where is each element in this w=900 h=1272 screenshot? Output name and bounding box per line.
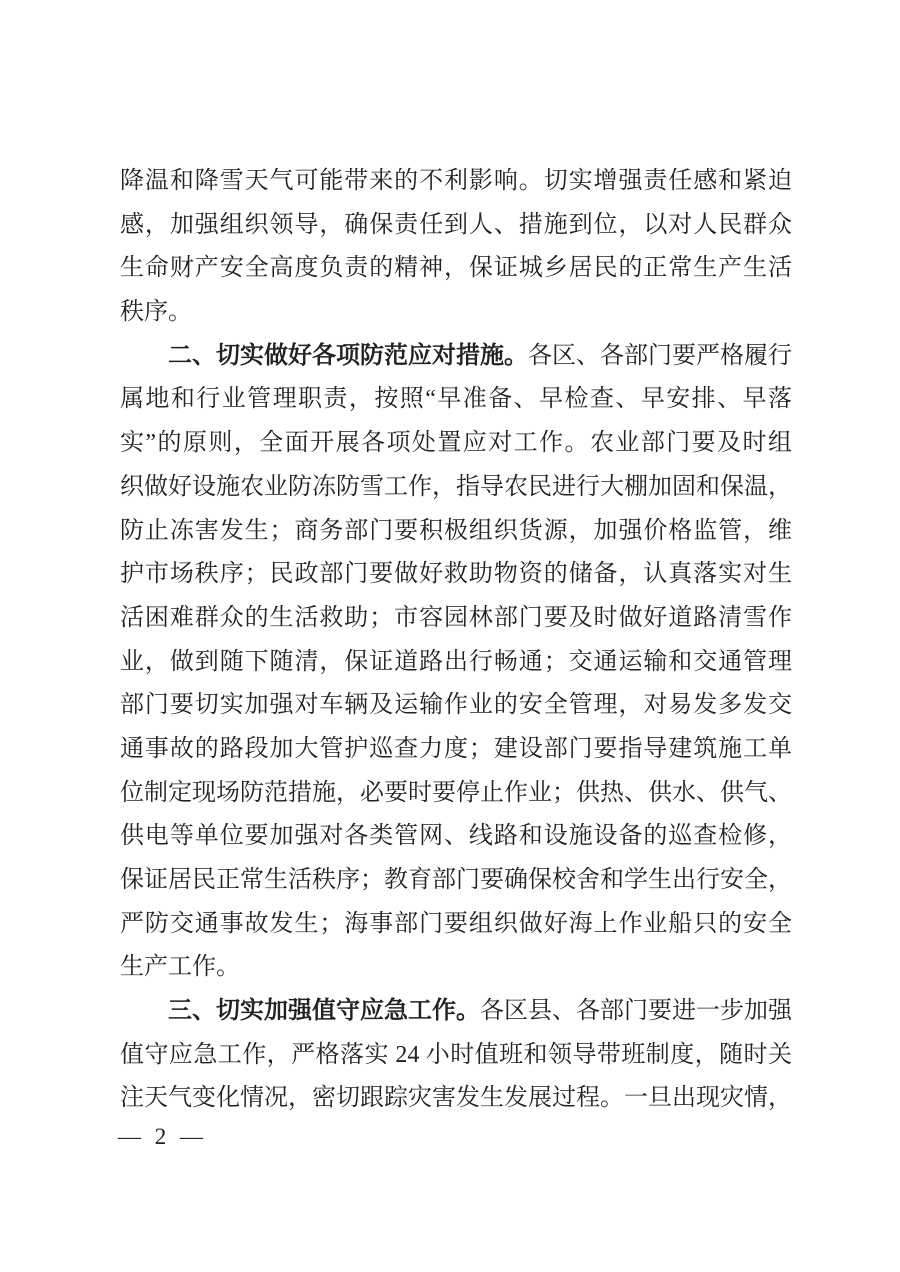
body-text: 实”的原则，全面开展各项处置应对工作。农业部门要及时组 — [120, 430, 792, 456]
body-text: 生产工作。 — [120, 954, 240, 980]
text-line: 二、切实做好各项防范应对措施。各区、各部门要严格履行 — [120, 335, 792, 379]
body-text: 感，加强组织领导，确保责任到人、措施到位，以对人民群众 — [120, 212, 792, 238]
text-line: 保证居民正常生活秩序；教育部门要确保校舍和学生出行安全， — [120, 859, 792, 903]
text-line: 三、切实加强值守应急工作。各区县、各部门要进一步加强 — [120, 990, 792, 1034]
body-text: 位制定现场防范措施，必要时要停止作业；供热、供水、供气、 — [120, 780, 792, 806]
body-text: 各区、各部门要严格履行 — [528, 343, 792, 369]
text-line: 部门要切实加强对车辆及运输作业的安全管理，对易发多发交 — [120, 684, 792, 728]
body-text: 通事故的路段加大管护巡查力度；建设部门要指导建筑施工单 — [120, 736, 792, 762]
text-line: 通事故的路段加大管护巡查力度；建设部门要指导建筑施工单 — [120, 728, 792, 772]
text-line: 秩序。 — [120, 291, 792, 335]
text-line: 活困难群众的生活救助；市容园林部门要及时做好道路清雪作 — [120, 597, 792, 641]
body-text: 各区县、各部门要进一步加强 — [480, 998, 792, 1024]
body-text: 护市场秩序；民政部门要做好救助物资的储备，认真落实对生 — [120, 561, 792, 587]
body-text: 注天气变化情况，密切跟踪灾害发生发展过程。一旦出现灾情， — [120, 1085, 792, 1111]
text-line: 防止冻害发生；商务部门要积极组织货源，加强价格监管，维 — [120, 510, 792, 554]
text-line: 供电等单位要加强对各类管网、线路和设施设备的巡查检修， — [120, 815, 792, 859]
body-text: 保证居民正常生活秩序；教育部门要确保校舍和学生出行安全， — [120, 867, 792, 893]
section-heading: 二、切实做好各项防范应对措施。 — [168, 343, 528, 369]
body-text: 降温和降雪天气可能带来的不利影响。切实增强责任感和紧迫 — [120, 168, 792, 194]
body-text: 活困难群众的生活救助；市容园林部门要及时做好道路清雪作 — [120, 605, 792, 631]
section-heading: 三、切实加强值守应急工作。 — [168, 998, 480, 1024]
text-line: 注天气变化情况，密切跟踪灾害发生发展过程。一旦出现灾情， — [120, 1077, 792, 1121]
text-line: 感，加强组织领导，确保责任到人、措施到位，以对人民群众 — [120, 204, 792, 248]
text-line: 位制定现场防范措施，必要时要停止作业；供热、供水、供气、 — [120, 772, 792, 816]
text-line: 严防交通事故发生；海事部门要组织做好海上作业船只的安全 — [120, 903, 792, 947]
text-line: 生产工作。 — [120, 946, 792, 990]
page-number: — 2 — — [118, 1124, 207, 1150]
body-text: 防止冻害发生；商务部门要积极组织货源，加强价格监管，维 — [120, 518, 792, 544]
text-line: 实”的原则，全面开展各项处置应对工作。农业部门要及时组 — [120, 422, 792, 466]
text-line: 业，做到随下随清，保证道路出行畅通；交通运输和交通管理 — [120, 641, 792, 685]
text-line: 护市场秩序；民政部门要做好救助物资的储备，认真落实对生 — [120, 553, 792, 597]
body-text: 织做好设施农业防冻防雪工作，指导农民进行大棚加固和保温， — [120, 474, 792, 500]
body-text: 业，做到随下随清，保证道路出行畅通；交通运输和交通管理 — [120, 649, 792, 675]
text-line: 降温和降雪天气可能带来的不利影响。切实增强责任感和紧迫 — [120, 160, 792, 204]
text-line: 生命财产安全高度负责的精神，保证城乡居民的正常生产生活 — [120, 247, 792, 291]
body-text: 供电等单位要加强对各类管网、线路和设施设备的巡查检修， — [120, 823, 792, 849]
body-text: 值守应急工作，严格落实 24 小时值班和领导带班制度，随时关 — [120, 1042, 792, 1068]
document-body: 降温和降雪天气可能带来的不利影响。切实增强责任感和紧迫感，加强组织领导，确保责任… — [120, 160, 792, 1121]
document-page: 降温和降雪天气可能带来的不利影响。切实增强责任感和紧迫感，加强组织领导，确保责任… — [0, 0, 900, 1272]
text-line: 值守应急工作，严格落实 24 小时值班和领导带班制度，随时关 — [120, 1034, 792, 1078]
body-text: 严防交通事故发生；海事部门要组织做好海上作业船只的安全 — [120, 911, 792, 937]
text-line: 织做好设施农业防冻防雪工作，指导农民进行大棚加固和保温， — [120, 466, 792, 510]
body-text: 部门要切实加强对车辆及运输作业的安全管理，对易发多发交 — [120, 692, 792, 718]
body-text: 属地和行业管理职责，按照“早准备、早检查、早安排、早落 — [120, 386, 792, 412]
text-line: 属地和行业管理职责，按照“早准备、早检查、早安排、早落 — [120, 378, 792, 422]
body-text: 秩序。 — [120, 299, 192, 325]
body-text: 生命财产安全高度负责的精神，保证城乡居民的正常生产生活 — [120, 255, 792, 281]
